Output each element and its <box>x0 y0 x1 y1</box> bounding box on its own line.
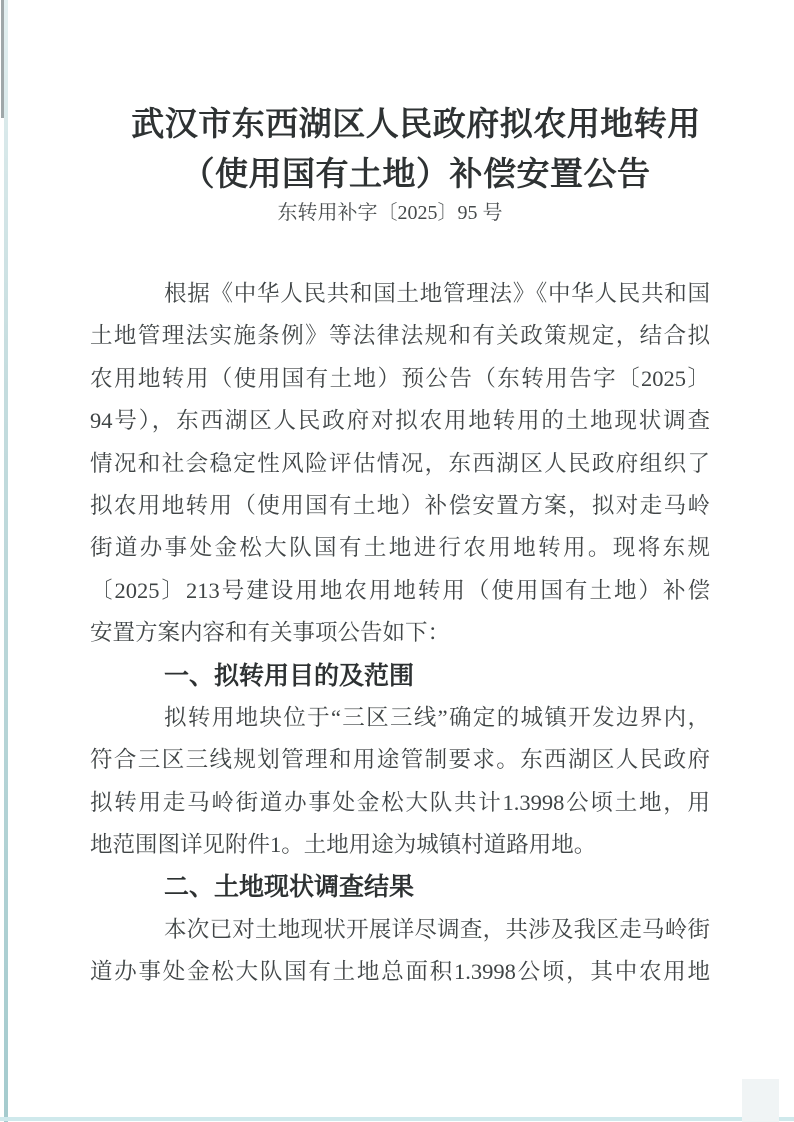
document-line: 农用地转用（使用国有土地）预公告（东转用告字〔2025〕 <box>90 358 710 400</box>
document-line: 安置方案内容和有关事项公告如下： <box>90 612 710 654</box>
document-line: 拟农用地转用（使用国有土地）补偿安置方案，拟对走马岭 <box>90 485 710 527</box>
document-line: 〔2025〕213号建设用地农用地转用（使用国有土地）补偿 <box>90 570 710 612</box>
document-line: 拟转用地块位于“三区三线”确定的城镇开发边界内， <box>90 697 710 739</box>
document-body: 根据《中华人民共和国土地管理法》《中华人民共和国土地管理法实施条例》等法律法规和… <box>90 273 710 994</box>
document-line: 本次已对土地现状开展详尽调查，共涉及我区走马岭街 <box>90 909 710 951</box>
scanned-document-page: 武汉市东西湖区人民政府拟农用地转用 （使用国有土地）补偿安置公告 东转用补字〔2… <box>0 0 794 1122</box>
scan-bottom-edge-artifact <box>0 1117 794 1121</box>
scan-left-edge-teal-artifact <box>4 0 8 1122</box>
document-line: 道办事处金松大队国有土地总面积1.3998公顷，其中农用地 <box>90 951 710 993</box>
document-number: 东转用补字〔2025〕95 号 <box>80 198 700 228</box>
section-heading: 二、土地现状调查结果 <box>90 866 710 908</box>
document-title-line1: 武汉市东西湖区人民政府拟农用地转用 <box>106 99 726 149</box>
scan-corner-artifact <box>742 1079 779 1122</box>
document-line: 土地管理法实施条例》等法律法规和有关政策规定，结合拟 <box>90 315 710 357</box>
document-title: 武汉市东西湖区人民政府拟农用地转用 （使用国有土地）补偿安置公告 <box>106 99 726 199</box>
document-line: 根据《中华人民共和国土地管理法》《中华人民共和国 <box>90 273 710 315</box>
section-heading: 一、拟转用目的及范围 <box>90 655 710 697</box>
document-line: 情况和社会稳定性风险评估情况，东西湖区人民政府组织了 <box>90 443 710 485</box>
document-line: 街道办事处金松大队国有土地进行农用地转用。现将东规 <box>90 527 710 569</box>
document-line: 地范围图详见附件1。土地用途为城镇村道路用地。 <box>90 824 710 866</box>
document-title-line2: （使用国有土地）补偿安置公告 <box>106 149 726 199</box>
document-line: 94号），东西湖区人民政府对拟农用地转用的土地现状调查 <box>90 400 710 442</box>
document-line: 拟转用走马岭街道办事处金松大队共计1.3998公顷土地，用 <box>90 782 710 824</box>
document-line: 符合三区三线规划管理和用途管制要求。东西湖区人民政府 <box>90 739 710 781</box>
